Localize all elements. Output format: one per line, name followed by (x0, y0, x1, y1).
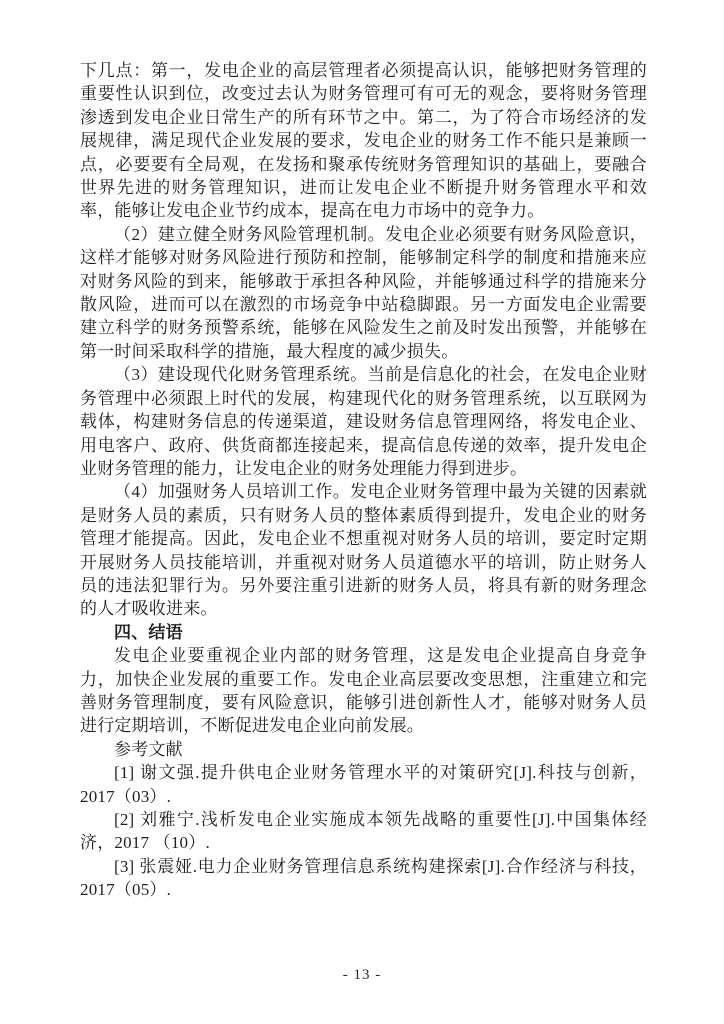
reference-item-1: [1] 谢文强.提升供电企业财务管理水平的对策研究[J].科技与创新，2017（… (80, 761, 647, 808)
section-heading-conclusion: 四、结语 (80, 621, 647, 644)
document-body: 下几点：第一，发电企业的高层管理者必须提高认识，能够把财务管理的重要性认识到位，… (80, 59, 647, 902)
reference-item-3: [3] 张震娅.电力企业财务管理信息系统构建探索[J].合作经济与科技，2017… (80, 855, 647, 902)
paragraph-point-2: （2）建立健全财务风险管理机制。发电企业必须要有财务风险意识，这样才能够对财务风… (80, 223, 647, 363)
paragraph-point-4: （4）加强财务人员培训工作。发电企业财务管理中最为关键的因素就是财务人员的素质，… (80, 480, 647, 620)
document-page: 下几点：第一，发电企业的高层管理者必须提高认识，能够把财务管理的重要性认识到位，… (0, 0, 724, 1024)
reference-item-2: [2] 刘雅宁.浅析发电企业实施成本领先战略的重要性[J].中国集体经济，201… (80, 808, 647, 855)
references-title: 参考文献 (80, 738, 647, 761)
paragraph-intro-continuation: 下几点：第一，发电企业的高层管理者必须提高认识，能够把财务管理的重要性认识到位，… (80, 59, 647, 223)
page-footer: - 13 - (0, 966, 724, 984)
paragraph-conclusion: 发电企业要重视企业内部的财务管理，这是发电企业提高自身竞争力，加快企业发展的重要… (80, 644, 647, 738)
paragraph-point-3: （3）建设现代化财务管理系统。当前是信息化的社会，在发电企业财务管理中必须跟上时… (80, 363, 647, 480)
page-number: - 13 - (343, 967, 382, 983)
